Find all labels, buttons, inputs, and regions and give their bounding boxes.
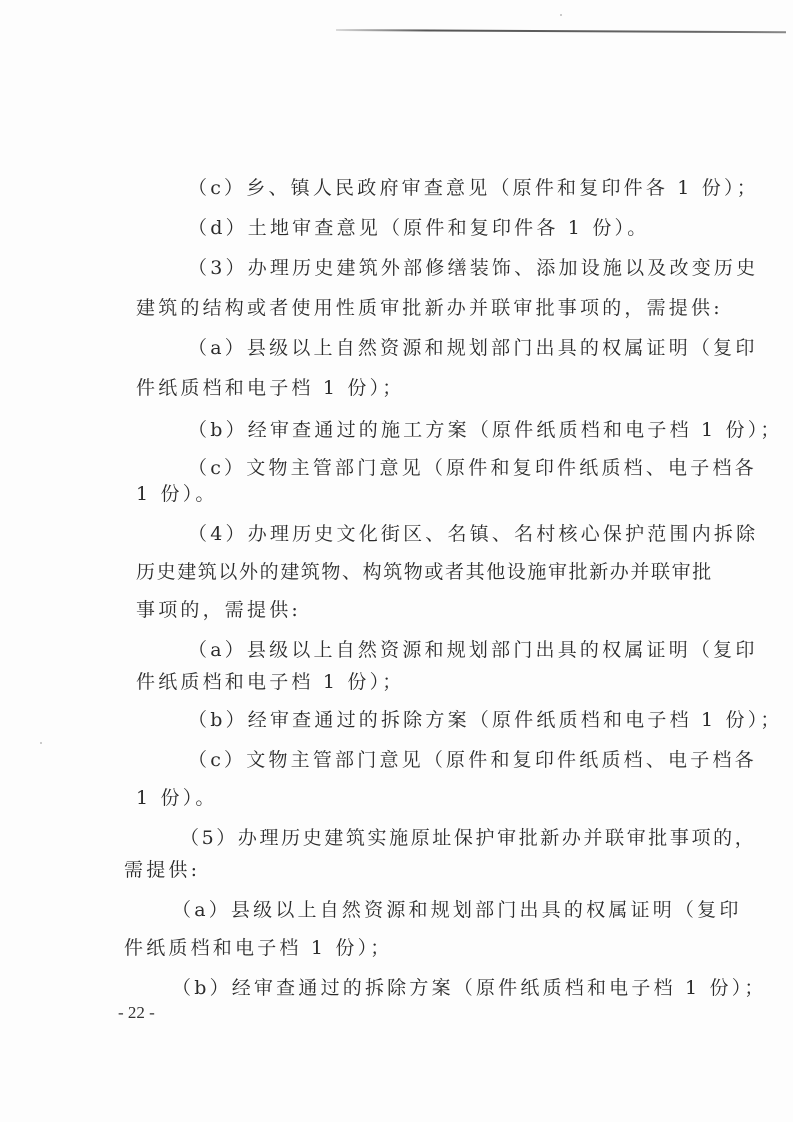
section-heading-4: （4）办理历史文化街区、名镇、名村核心保护范围内拆除 bbox=[188, 522, 758, 546]
text-line: （c）文物主管部门意见（原件和复印件纸质档、电子档各 bbox=[188, 748, 757, 772]
document-page: （c）乡、镇人民政府审查意见（原件和复印件各 1 份）； （d）土地审查意见（原… bbox=[0, 0, 793, 1122]
page-number: - 22 - bbox=[118, 1003, 155, 1023]
text-line: 件纸质档和电子档 1 份）； bbox=[136, 376, 404, 400]
text-line: （a）县级以上自然资源和规划部门出具的权属证明（复印 bbox=[172, 898, 742, 922]
section-heading-3: （3）办理历史建筑外部修缮装饰、添加设施以及改变历史 bbox=[188, 256, 758, 280]
text-line: 件纸质档和电子档 1 份）； bbox=[136, 670, 404, 694]
text-line: （b）经审查通过的拆除方案（原件纸质档和电子档 1 份）； bbox=[188, 708, 783, 732]
scan-speck bbox=[560, 14, 562, 16]
text-line: 建筑的结构或者使用性质审批新办并联审批事项的，需提供: bbox=[136, 296, 723, 320]
text-line: 件纸质档和电子档 1 份）； bbox=[124, 936, 392, 960]
text-line: （a）县级以上自然资源和规划部门出具的权属证明（复印 bbox=[188, 638, 758, 662]
scan-speck bbox=[40, 742, 42, 744]
text-line: （c）文物主管部门意见（原件和复印件纸质档、电子档各 bbox=[188, 456, 757, 480]
text-line: （b）经审查通过的拆除方案（原件纸质档和电子档 1 份）； bbox=[172, 976, 767, 1000]
text-line: （c）乡、镇人民政府审查意见（原件和复印件各 1 份）； bbox=[188, 176, 759, 200]
text-line: 1 份）。 bbox=[136, 786, 218, 810]
section-heading-5: （5）办理历史建筑实施原址保护审批新办并联审批事项的， bbox=[180, 826, 756, 850]
text-line: 事项的，需提供: bbox=[136, 598, 301, 622]
text-line: （a）县级以上自然资源和规划部门出具的权属证明（复印 bbox=[188, 336, 758, 360]
text-line: 需提供: bbox=[124, 858, 200, 882]
text-line: 历史建筑以外的建筑物、构筑物或者其他设施审批新办并联审批 bbox=[136, 560, 713, 584]
text-line: （d）土地审查意见（原件和复印件各 1 份）。 bbox=[188, 216, 649, 240]
header-rule bbox=[336, 29, 786, 33]
text-line: 1 份）。 bbox=[136, 482, 218, 506]
text-line: （b）经审查通过的施工方案（原件纸质档和电子档 1 份）； bbox=[188, 418, 783, 442]
